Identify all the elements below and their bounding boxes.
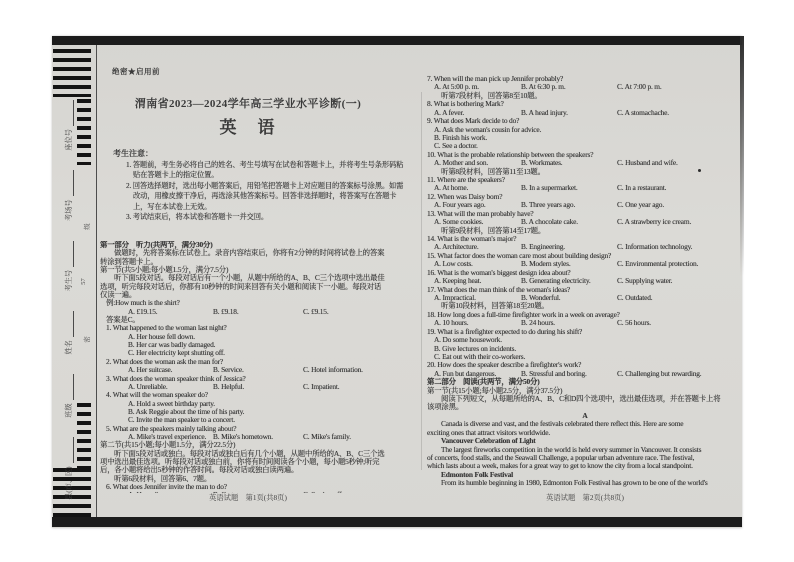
option: C. Challenging but rewarding. bbox=[617, 370, 743, 378]
text-line: 阅读下列短文，从每题所给的A、B、C和D四个选项中，选出最佳选项，并在答题卡上将 bbox=[427, 395, 743, 403]
scan-black-band-bottom bbox=[52, 517, 742, 527]
seal-field-label: 考生号 bbox=[64, 270, 74, 292]
option: C. Environmental protection. bbox=[617, 260, 743, 268]
option: B. Helpful. bbox=[213, 383, 303, 391]
option: C. A strawberry ice cream. bbox=[617, 218, 743, 226]
seal-field-label: 县(市、区) bbox=[64, 466, 74, 500]
page2-content-column: 7. When will the man pick up Jennifer pr… bbox=[427, 75, 743, 489]
barcode-top-inner bbox=[77, 99, 91, 165]
option: C. 56 hours. bbox=[617, 319, 743, 327]
option: A. £19.15. bbox=[128, 308, 213, 316]
option: B. £9.18. bbox=[213, 308, 303, 316]
seal-field-blank bbox=[65, 241, 74, 267]
option: C. £9.15. bbox=[303, 308, 399, 316]
text-line: 选项，听完每段对话后，你都有10秒钟的时间来回答有关小题和阅读下一小题。每段对话 bbox=[100, 283, 399, 291]
option: C. Outdated. bbox=[617, 294, 743, 302]
page1-content-column: 第一部分 听力(共两节，满分30分)做题时，先将答案标在试卷上。录音内容结束后，… bbox=[100, 241, 399, 493]
seal-margin-mark: 57 bbox=[80, 278, 87, 285]
seal-field-label: 考场号 bbox=[64, 199, 74, 221]
seal-field: 姓名 bbox=[64, 311, 74, 354]
option: C. In a restaurant. bbox=[617, 184, 743, 192]
scan-speck bbox=[698, 169, 701, 172]
scanned-exam-page: 县(市、区)班级姓名考生号考场号座位号 级 57 密 绝密★启用前 渭南省202… bbox=[0, 0, 794, 562]
option: C. At 7:00 p. m. bbox=[617, 83, 743, 91]
option: C. A stomachache. bbox=[617, 109, 743, 117]
seal-margin-mark: 密 bbox=[82, 336, 91, 343]
candidate-notices: 1. 答题前，考生务必将自己的姓名、考生号填写在试卷和答题卡上，并将考生号条形码… bbox=[126, 160, 408, 222]
seal-field-blank bbox=[65, 374, 74, 400]
notice-line: 上，写在本试卷上无效。 bbox=[126, 202, 408, 212]
page2-footer: 英语试题 第2页(共8页) bbox=[445, 493, 725, 503]
seal-margin-line bbox=[96, 45, 97, 517]
notice-line: 1. 答题前，考生务必将自己的姓名、考生号填写在试卷和答题卡上，并将考生号条形码… bbox=[126, 160, 408, 170]
option: B. A head injury. bbox=[521, 109, 617, 117]
notice-line: 3. 考试结束后，将本试卷和答题卡一并交回。 bbox=[126, 212, 408, 222]
seal-field-label: 班级 bbox=[64, 403, 74, 417]
option: C. Mike's family. bbox=[303, 433, 399, 441]
page1-footer: 英语试题 第1页(共8页) bbox=[100, 493, 396, 503]
option: C. Information technology. bbox=[617, 243, 743, 251]
notice-line: 2. 回答选择题时，选出每小题答案后，用铅笔把答题卡上对应题目的答案标号涂黑。如… bbox=[126, 181, 408, 191]
text-line: From its humble beginning in 1980, Edmon… bbox=[427, 479, 743, 487]
classification-label: 绝密★启用前 bbox=[112, 66, 160, 77]
seal-margin-mark: 级 bbox=[82, 223, 91, 230]
notice-heading: 考生注意： bbox=[113, 148, 153, 159]
seal-field-label: 姓名 bbox=[64, 340, 74, 354]
option-row: A. £19.15.B. £9.18.C. £9.15. bbox=[100, 308, 399, 316]
barcode-bottom-inner bbox=[77, 403, 91, 468]
subject-title: 英 语 bbox=[100, 113, 396, 138]
question-line: 18. How long does a full-time firefighte… bbox=[427, 311, 743, 319]
option: B. In a supermarket. bbox=[521, 184, 617, 192]
exam-title: 渭南省2023—2024学年高三学业水平诊断(一) bbox=[100, 95, 396, 111]
seal-field: 考生号 bbox=[64, 241, 74, 292]
option: C. Hotel information. bbox=[303, 366, 399, 374]
question-line: 11. Where are the speakers? bbox=[427, 176, 743, 184]
notice-line: 改动，用橡皮擦干净后，再选涂其他答案标号。回答非选择题时，将答案写在答题卡 bbox=[126, 191, 408, 201]
option: C. Husband and wife. bbox=[617, 159, 743, 167]
notice-line: 贴在答题卡上的指定位置。 bbox=[126, 170, 408, 180]
option: C. One year ago. bbox=[617, 201, 743, 209]
option: C. Supplying water. bbox=[617, 277, 743, 285]
option: C. Impatient. bbox=[303, 383, 399, 391]
seal-field-blank bbox=[65, 170, 74, 196]
seal-field: 县(市、区) bbox=[64, 437, 74, 500]
barcode-top-outer bbox=[53, 49, 91, 97]
scan-black-band-top bbox=[52, 36, 742, 45]
seal-field: 考场号 bbox=[64, 170, 74, 221]
question-line: 8. What is bothering Mark? bbox=[427, 100, 743, 108]
page-fold-divider bbox=[421, 92, 422, 470]
seal-field-blank bbox=[65, 311, 74, 337]
seal-field-blank bbox=[65, 437, 74, 463]
option: B. Three years ago. bbox=[521, 201, 617, 209]
seal-margin-fields: 县(市、区)班级姓名考生号考场号座位号 bbox=[62, 100, 76, 500]
seal-field: 座位号 bbox=[64, 100, 74, 151]
seal-field-blank bbox=[65, 100, 74, 126]
seal-field-label: 座位号 bbox=[64, 129, 74, 151]
seal-field: 班级 bbox=[64, 374, 74, 417]
